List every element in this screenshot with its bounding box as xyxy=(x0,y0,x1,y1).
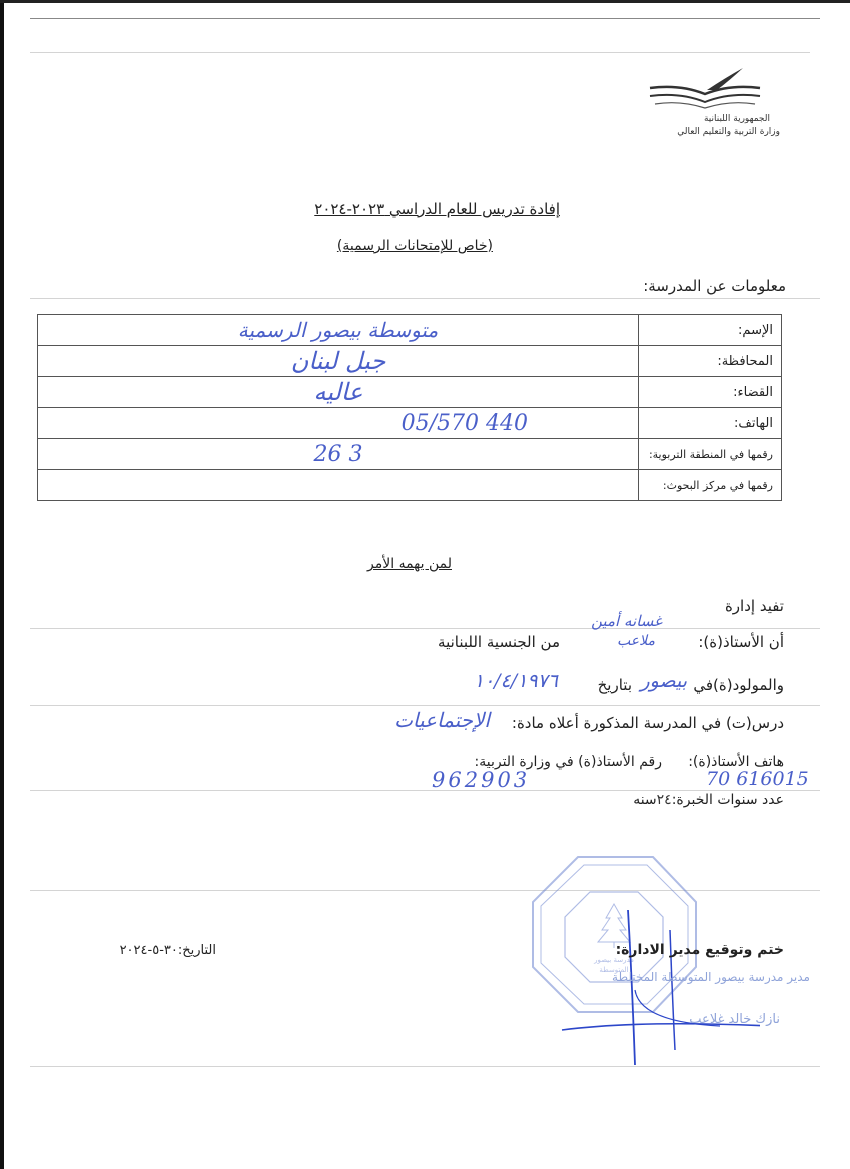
ministry-name: وزارة التربية والتعليم العالي xyxy=(677,127,780,137)
date-label: التاريخ: xyxy=(178,943,216,958)
signature-label: ختم وتوقيع مدير الادارة: xyxy=(616,942,784,958)
scan-artifact-line xyxy=(30,298,820,299)
scan-artifact-line xyxy=(30,790,820,791)
document-subtitle: (خاص للإمتحانات الرسمية) xyxy=(337,238,493,254)
label-name: الإسم: xyxy=(639,315,782,346)
subject-value: الإجتماعيات xyxy=(394,708,490,732)
scan-artifact-line xyxy=(30,628,820,629)
intro-text: تفيد إدارة xyxy=(725,597,784,615)
value-school-name: متوسطة بيصور الرسمية xyxy=(38,315,639,346)
label-region-number: رقمها في المنطقة التربوية: xyxy=(639,439,782,470)
label-research-center-number: رقمها في مركز البحوث: xyxy=(639,470,782,501)
label-governorate: المحافظة: xyxy=(639,346,782,377)
table-row-research-center-number: رقمها في مركز البحوث: xyxy=(38,470,782,501)
born-prefix: والمولود(ة)في xyxy=(693,676,784,694)
taught-prefix: درس(ت) في المدرسة المذكورة أعلاه مادة: xyxy=(512,714,784,732)
table-row-phone: الهاتف: 05/570 440 xyxy=(38,408,782,439)
date-line: التاريخ:٣٠-٥-٢٠٢٤ xyxy=(120,943,216,958)
experience-line: عدد سنوات الخبرة:٢٤سنه xyxy=(633,792,784,808)
ministry-logo: الجمهورية اللبنانية وزارة التربية والتعل… xyxy=(640,60,790,150)
teacher-prefix: أن الأستاذ(ة): xyxy=(698,633,784,651)
date-prefix: بتاريخ xyxy=(598,676,632,694)
value-research-center-number xyxy=(38,470,639,501)
republic-name: الجمهورية اللبنانية xyxy=(704,114,770,124)
school-info-table: الإسم: متوسطة بيصور الرسمية المحافظة: جب… xyxy=(37,314,782,501)
table-row-region-number: رقمها في المنطقة التربوية: 26 3 xyxy=(38,439,782,470)
teacher-first-name: غسانه أمين xyxy=(591,612,662,630)
label-district: القضاء: xyxy=(639,377,782,408)
scan-artifact-line xyxy=(30,705,820,706)
open-book-with-quill-icon xyxy=(645,60,765,110)
director-signature xyxy=(560,900,760,1070)
stamp-director-name: نازك خالد غلاعب xyxy=(689,1012,780,1027)
value-governorate: جبل لبنان xyxy=(38,346,639,377)
scan-artifact-line xyxy=(30,1066,820,1067)
experience-unit: سنه xyxy=(633,792,656,808)
label-phone: الهاتف: xyxy=(639,408,782,439)
value-phone: 05/570 440 xyxy=(38,408,639,439)
value-district: عاليه xyxy=(38,377,639,408)
addressee-heading: لمن يهمه الأمر xyxy=(367,556,452,572)
table-row-name: الإسم: متوسطة بيصور الرسمية xyxy=(38,315,782,346)
table-row-governorate: المحافظة: جبل لبنان xyxy=(38,346,782,377)
nationality-text: من الجنسية اللبنانية xyxy=(438,633,560,651)
scan-edge-top xyxy=(0,0,850,3)
experience-value: ٢٤ xyxy=(657,792,672,808)
ministry-number-value: 962903 xyxy=(432,768,530,792)
scan-artifact-line xyxy=(30,52,810,53)
birth-place: بيصور xyxy=(641,670,688,692)
school-info-heading: معلومات عن المدرسة: xyxy=(643,277,786,295)
value-region-number: 26 3 xyxy=(38,439,639,470)
birth-date: ١٠/٤/١٩٧٦ xyxy=(474,670,558,692)
date-value: ٣٠-٥-٢٠٢٤ xyxy=(120,943,178,958)
teacher-phone-value: 70 616015 xyxy=(706,768,809,790)
table-row-district: القضاء: عاليه xyxy=(38,377,782,408)
stamp-title-text: مدير مدرسة بيصور المتوسطة المختلطة xyxy=(612,970,810,984)
scan-artifact-line xyxy=(30,18,820,19)
document-title: إفادة تدريس للعام الدراسي ٢٠٢٣-٢٠٢٤ xyxy=(314,200,560,218)
experience-label: عدد سنوات الخبرة: xyxy=(672,792,784,808)
scan-edge xyxy=(0,0,4,1169)
teacher-last-name: ملاعب xyxy=(617,633,655,649)
scan-artifact-line xyxy=(30,890,820,891)
